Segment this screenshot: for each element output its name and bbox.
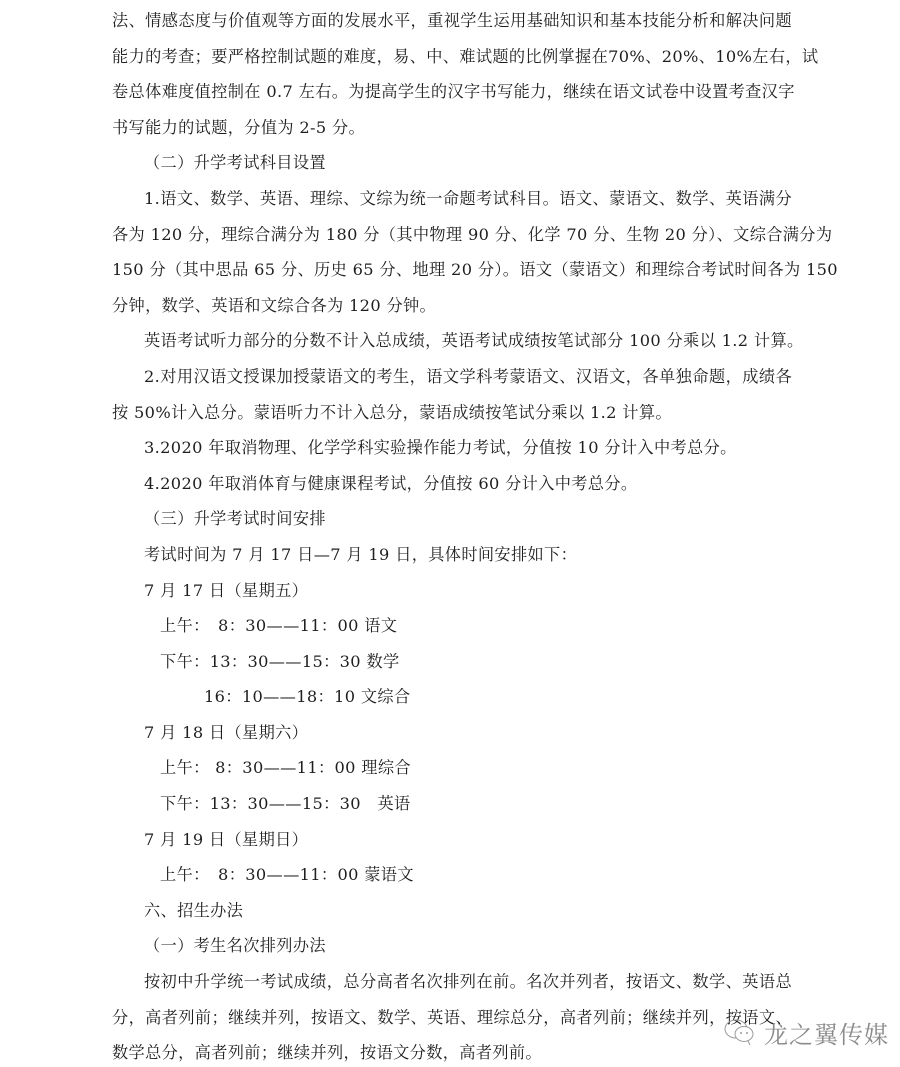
schedule-row: 上午： 8：30——11：00 蒙语文	[112, 857, 792, 893]
paragraph-line: 按初中升学统一考试成绩，总分高者名次排列在前。名次并列者，按语文、数学、英语总	[112, 964, 792, 1000]
schedule-row: 下午：13：30——15：30 英语	[112, 786, 792, 822]
paragraph-line: 法、情感态度与价值观等方面的发展水平，重视学生运用基础知识和基本技能分析和解决问…	[112, 3, 792, 39]
schedule-row: 16：10——18：10 文综合	[112, 679, 792, 715]
watermark: 龙之翼传媒	[722, 1015, 889, 1049]
paragraph-line: 4.2020 年取消体育与健康课程考试，分值按 60 分计入中考总分。	[112, 466, 792, 502]
paragraph-line: 3.2020 年取消物理、化学学科实验操作能力考试，分值按 10 分计入中考总分…	[112, 430, 792, 466]
paragraph-line: 2.对用汉语文授课加授蒙语文的考生，语文学科考蒙语文、汉语文，各单独命题，成绩各	[112, 359, 792, 395]
paragraph-line: 数学总分，高者列前；继续并列，按语文分数，高者列前。	[112, 1035, 792, 1067]
paragraph-line: 能力的考查；要严格控制试题的难度，易、中、难试题的比例掌握在70%、20%、10…	[112, 39, 792, 75]
schedule-date-0717: 7 月 17 日（星期五）	[112, 573, 792, 609]
paragraph-line: 各为 120 分，理综合满分为 180 分（其中物理 90 分、化学 70 分、…	[112, 217, 792, 253]
section-heading-schedule: （三）升学考试时间安排	[112, 501, 792, 537]
paragraph-line: 分，高者列前；继续并列，按语文、数学、英语、理综总分，高者列前；继续并列，按语文…	[112, 1000, 792, 1036]
section-heading-ranking: （一）考生名次排列办法	[112, 928, 792, 964]
section-heading-subjects: （二）升学考试科目设置	[112, 145, 792, 181]
schedule-date-0718: 7 月 18 日（星期六）	[112, 715, 792, 751]
schedule-date-0719: 7 月 19 日（星期日）	[112, 822, 792, 858]
wechat-bubble-icon	[722, 1017, 758, 1047]
document-page: 法、情感态度与价值观等方面的发展水平，重视学生运用基础知识和基本技能分析和解决问…	[112, 3, 792, 1067]
watermark-text: 龙之翼传媒	[764, 1015, 889, 1050]
section-heading-admission: 六、招生办法	[112, 893, 792, 929]
schedule-row: 上午： 8：30——11：00 理综合	[112, 750, 792, 786]
paragraph-line: 1.语文、数学、英语、理综、文综为统一命题考试科目。语文、蒙语文、数学、英语满分	[112, 181, 792, 217]
paragraph-line: 英语考试听力部分的分数不计入总成绩，英语考试成绩按笔试部分 100 分乘以 1.…	[112, 323, 792, 359]
paragraph-line: 书写能力的试题，分值为 2-5 分。	[112, 110, 792, 146]
paragraph-line: 150 分（其中思品 65 分、历史 65 分、地理 20 分）。语文（蒙语文）…	[112, 252, 792, 288]
schedule-row: 下午：13：30——15：30 数学	[112, 644, 792, 680]
paragraph-line: 分钟，数学、英语和文综合各为 120 分钟。	[112, 288, 792, 324]
paragraph-line: 考试时间为 7 月 17 日—7 月 19 日，具体时间安排如下：	[112, 537, 792, 573]
schedule-row: 上午： 8：30——11：00 语文	[112, 608, 792, 644]
paragraph-line: 卷总体难度值控制在 0.7 左右。为提高学生的汉字书写能力，继续在语文试卷中设置…	[112, 74, 792, 110]
paragraph-line: 按 50%计入总分。蒙语听力不计入总分，蒙语成绩按笔试分乘以 1.2 计算。	[112, 395, 792, 431]
